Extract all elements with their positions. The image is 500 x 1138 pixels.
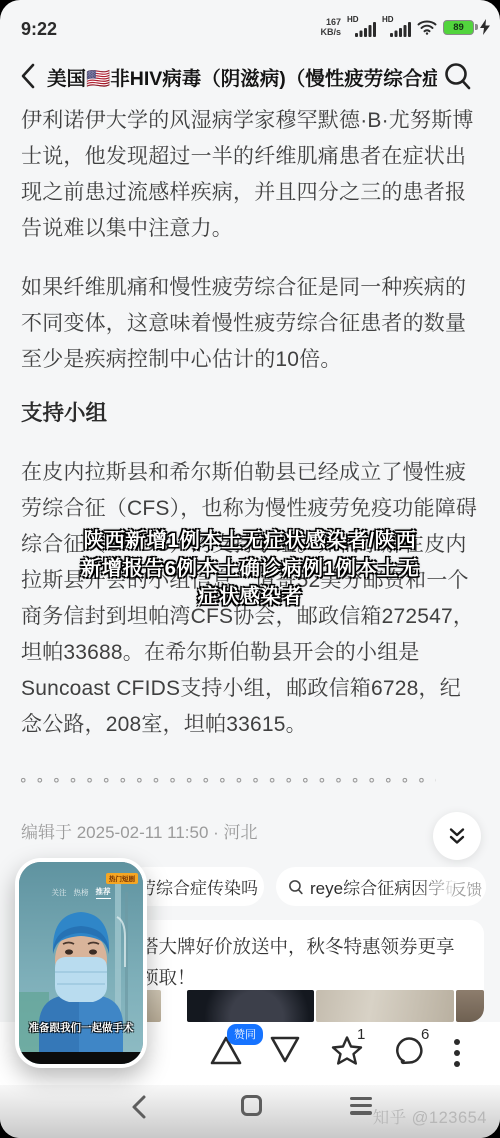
edited-meta: 编辑于 2025-02-11 11:50 · 河北 (21, 818, 258, 843)
battery-icon: 89 (443, 20, 474, 35)
comment-count: 6 (421, 1026, 429, 1043)
back-icon[interactable] (20, 63, 36, 89)
favorite-count: 1 (357, 1026, 365, 1043)
phone-screen: 9:22 167 KB/s HD HD 89 美国🇺🇸非HIV病毒（阴滋病)（慢… (0, 0, 500, 1138)
clock: 9:22 (21, 19, 57, 40)
article-paragraph-2: 如果纤维肌痛和慢性疲劳综合征是同一种疾病的不同变体，这意味着慢性疲劳综合征患者的… (21, 270, 479, 378)
watermark-line: 症状感染者 (0, 583, 500, 611)
nav-back-button[interactable] (131, 1094, 147, 1120)
image-watermark-text: 陕西新增1例本土无症状感染者/陕西 新增报告6例本土确诊病例1例本土无 症状感染… (0, 527, 500, 611)
watermark-line: 陕西新增1例本土无症状感染者/陕西 (0, 527, 500, 555)
nav-recents-button[interactable] (350, 1097, 372, 1115)
ad-image (316, 990, 454, 1022)
video-corner-badge: 热门短剧 (106, 873, 138, 884)
charging-icon (480, 19, 490, 35)
ad-text-line-1: 搭大牌好价放送中，秋冬特惠领券更享 (140, 933, 455, 959)
section-heading: 支持小组 (21, 396, 107, 427)
collapse-button[interactable] (433, 812, 481, 860)
dotted-divider (20, 777, 436, 784)
upvote-badge: 赞同 (227, 1024, 263, 1045)
video-caption: 准备跟我们一起做手术 (19, 1020, 143, 1035)
mini-tab: 热榜 (74, 887, 89, 898)
battery-level: 89 (453, 22, 464, 33)
video-mini-tabs: 关注 热榜 推荐 (19, 886, 143, 899)
search-icon (288, 879, 304, 895)
header: 美国🇺🇸非HIV病毒（阴滋病)（慢性疲劳综合症）实... (0, 55, 500, 103)
mini-tab-selected: 推荐 (96, 886, 111, 899)
status-bar: 9:22 167 KB/s HD HD 89 (0, 0, 500, 55)
nav-home-button[interactable] (241, 1095, 262, 1116)
ad-image (456, 990, 484, 1022)
cellular-signal-icon-2: HD (382, 15, 411, 39)
floating-video-window[interactable]: 热门短剧 关注 热榜 推荐 准备跟我们一起做手术 (15, 858, 147, 1068)
network-speed: 167 KB/s (320, 17, 341, 37)
page-title: 美国🇺🇸非HIV病毒（阴滋病)（慢性疲劳综合症）实... (47, 63, 437, 91)
mini-tab: 关注 (52, 887, 67, 898)
ad-image (187, 990, 314, 1022)
wifi-icon (417, 19, 437, 35)
chip-label: 劳综合症传染吗 (139, 874, 258, 899)
downvote-button[interactable] (269, 1035, 301, 1064)
article-paragraph-1: 伊利诺伊大学的风湿病学家穆罕默德·B·尤努斯博士说，他发现超过一半的纤维肌痛患者… (21, 103, 479, 247)
cellular-signal-icon-1: HD (347, 15, 376, 39)
zhihu-watermark: 知乎 @123654 (373, 1104, 487, 1128)
double-chevron-down-icon (447, 826, 467, 846)
watermark-line: 新增报告6例本土确诊病例1例本土无 (0, 555, 500, 583)
network-speed-value: 167 (326, 17, 341, 27)
feedback-link[interactable]: 反馈 (451, 878, 482, 900)
android-nav-bar: 知乎 @123654 (0, 1085, 500, 1138)
network-speed-unit: KB/s (320, 27, 341, 37)
search-icon[interactable] (443, 61, 473, 91)
more-options-button[interactable] (453, 1038, 461, 1068)
ad-text-line-2: 领取！ (140, 964, 196, 990)
video-bottom-bar (19, 1052, 143, 1064)
